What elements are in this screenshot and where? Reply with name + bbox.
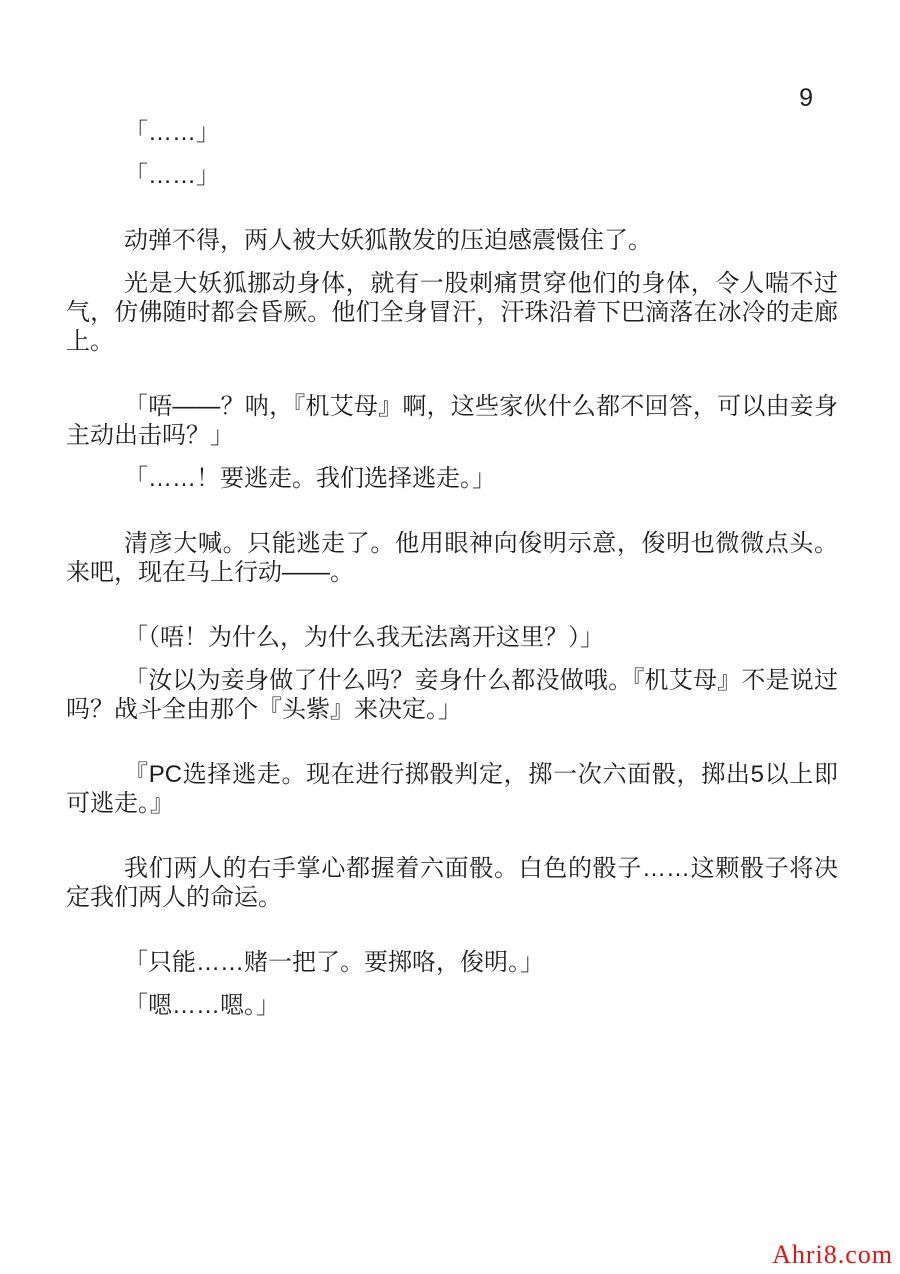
paragraph-narration-pain: 光是大妖狐挪动身体，就有一股刺痛贯穿他们的身体，令人喘不过气，仿佛随时都会昏厥。… [66, 269, 838, 356]
watermark-text: Ahri8.com [772, 1240, 893, 1270]
book-page: 9 「……」 「……」 动弹不得，两人被大妖狐散发的压迫感震慑住了。 光是大妖狐… [0, 0, 900, 1274]
paragraph-dialogue-fox-denial: 「汝以为妾身做了什么吗？妾身什么都没做哦。『机艾母』不是说过吗？战斗全由那个『头… [66, 666, 838, 724]
paragraph-dialogue-gamble: 「只能……赌一把了。要掷咯，俊明。」 [66, 948, 838, 977]
paragraph-dialogue-silence-2: 「……」 [66, 161, 838, 190]
page-number: 9 [799, 84, 813, 113]
paragraph-narration-kiyohiko-shout: 清彦大喊。只能逃走了。他用眼神向俊明示意，俊明也微微点头。来吧，现在马上行动——… [66, 529, 838, 587]
paragraph-narration-dice-in-hand: 我们两人的右手掌心都握着六面骰。白色的骰子……这颗骰子将决定我们两人的命运。 [66, 854, 838, 912]
paragraph-gm-dice-check: 『PC选择逃走。现在进行掷骰判定，掷一次六面骰，掷出5以上即可逃走。』 [66, 760, 838, 818]
paragraph-dialogue-silence-1: 「……」 [66, 118, 838, 147]
page-content: 「……」 「……」 动弹不得，两人被大妖狐散发的压迫感震慑住了。 光是大妖狐挪动… [66, 118, 838, 1034]
paragraph-dialogue-escape-choice: 「……！要逃走。我们选择逃走。」 [66, 464, 838, 493]
paragraph-narration-frozen: 动弹不得，两人被大妖狐散发的压迫感震慑住了。 [66, 226, 838, 255]
paragraph-dialogue-fox-question: 「唔——？呐，『机艾母』啊，这些家伙什么都不回答，可以由妾身主动出击吗？」 [66, 392, 838, 450]
paragraph-dialogue-agreement: 「嗯……嗯。」 [66, 991, 838, 1020]
paragraph-dialogue-cannot-leave: 「（唔！为什么，为什么我无法离开这里？）」 [66, 623, 838, 652]
